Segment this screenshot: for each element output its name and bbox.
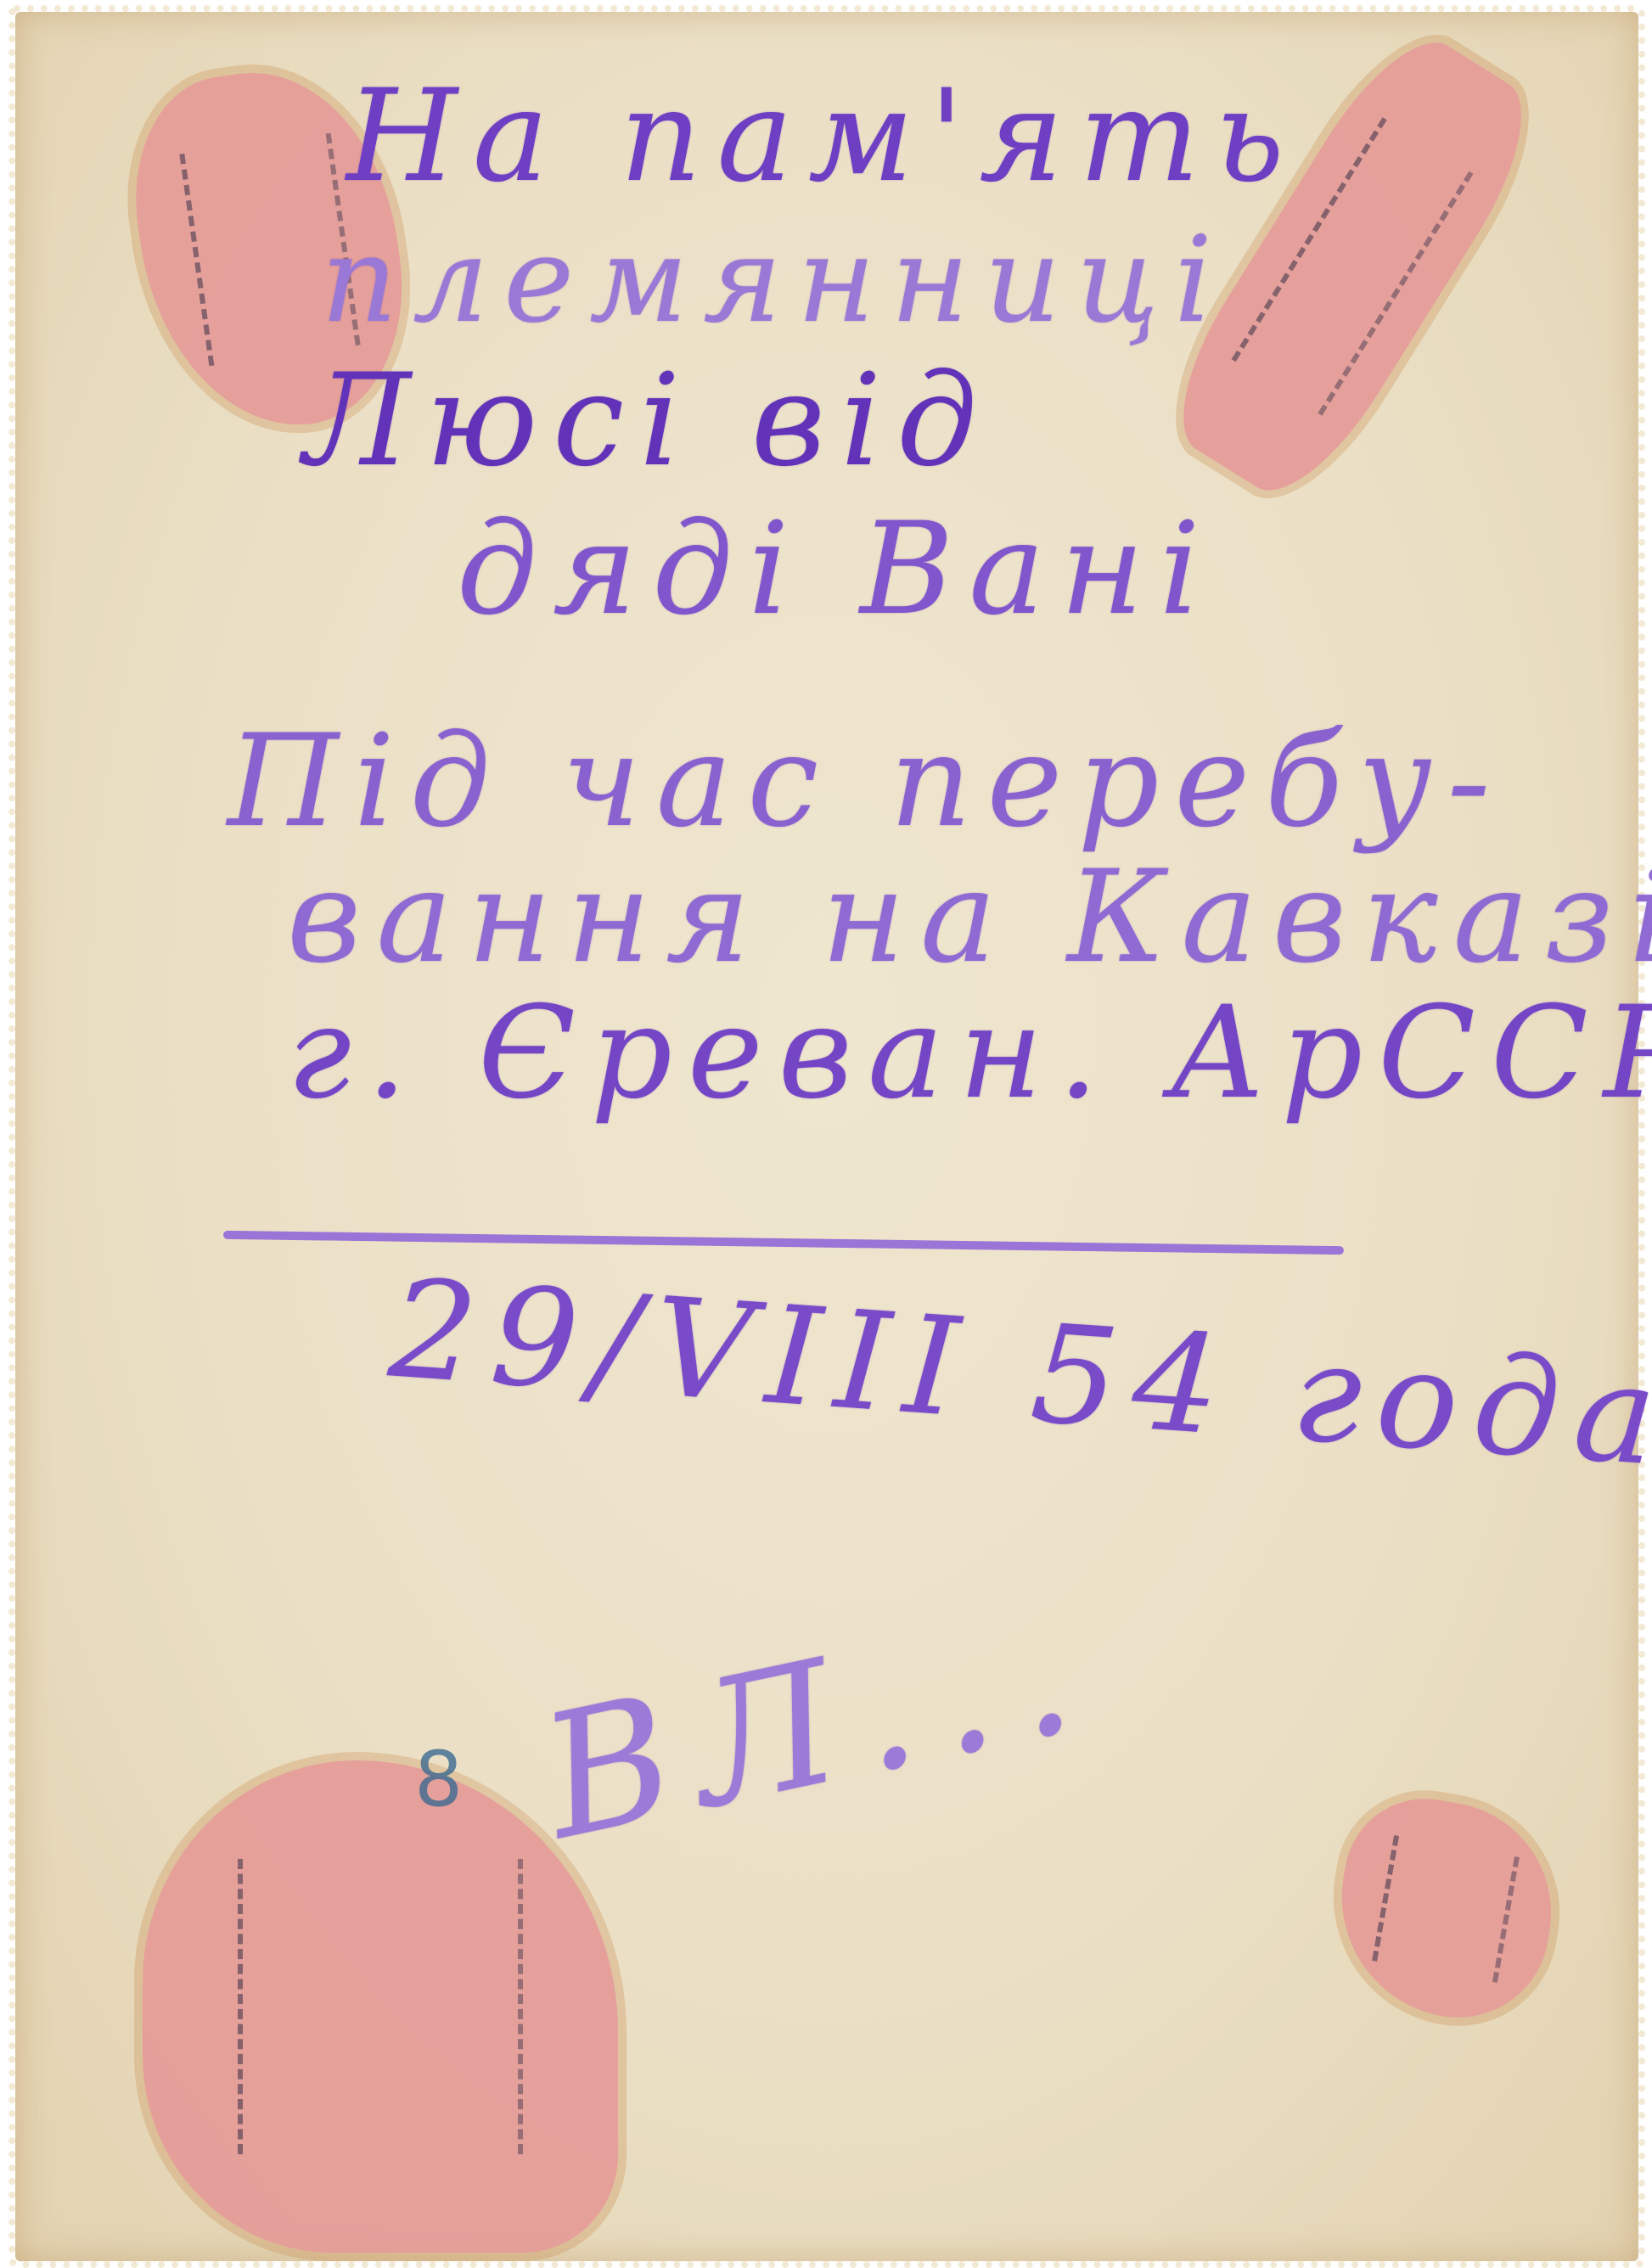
photo-back-card: На пам'ять племянниці Люсі від дяді Вані…: [15, 12, 1638, 2261]
inscription-line-6: вання на Кавказі: [287, 844, 1652, 991]
underline-divider: [223, 1231, 1344, 1255]
album-residue-bottom-right: [1323, 1786, 1569, 2032]
inscription-line-3: Люсі від: [304, 347, 992, 495]
inscription-line-2: племянниці: [321, 211, 1228, 350]
inscription-line-4: дяді Вані: [457, 496, 1216, 643]
inscription-date: 29/VIII 54 года: [385, 1249, 1652, 1496]
blue-pencil-mark: 8: [414, 1735, 463, 1824]
signature: ВЛ...: [527, 1569, 1112, 1878]
inscription-line-1: На пам'ять: [346, 63, 1300, 211]
inscription-line-5: Під час перебу-: [228, 708, 1505, 856]
album-residue-bottom-left: [143, 1760, 618, 2253]
inscription-line-7: г. Єреван. АрССР.: [287, 980, 1652, 1127]
